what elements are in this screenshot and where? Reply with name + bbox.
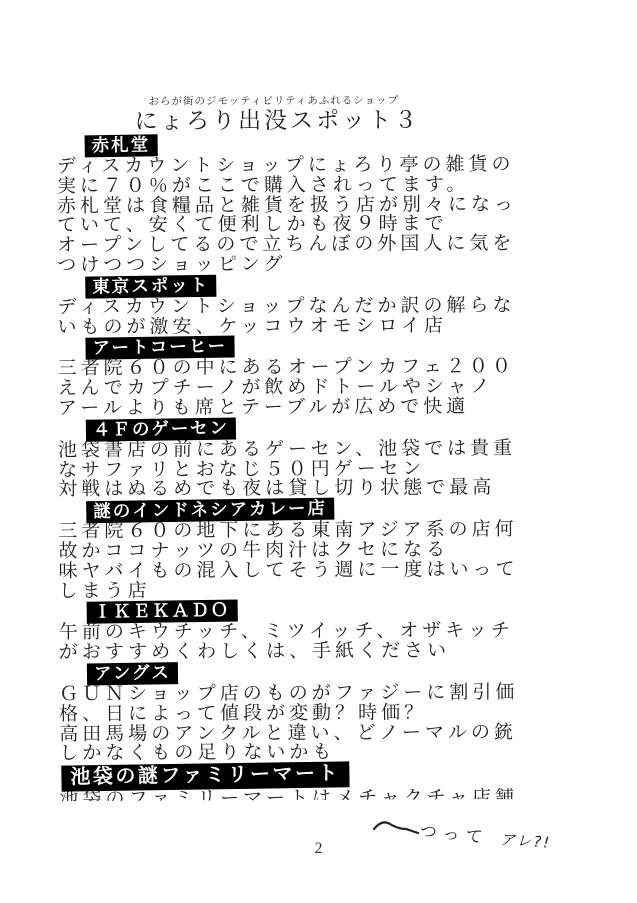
sections: 赤札堂 ディスカウントショップにょろり亭の雑貨の実に７０％がここで購入されってま…	[57, 133, 560, 801]
zine-section: ４Ｆのゲーセン 池袋書店の前にあるゲーセン、池袋では貴重なサファリとおなじ５０円…	[58, 417, 558, 501]
body-line: 対戦はぬるめでも夜は貸し切り状態で最高	[58, 478, 558, 500]
page-number: 2	[0, 840, 637, 858]
body-line: えんでカプチーノが飲めドトールやシャノ	[58, 377, 558, 399]
zine-section: 池袋の謎ファミリーマート 池袋のファミリーマートはメチャクチャ店舗	[59, 762, 559, 801]
zine-section: 赤札堂 ディスカウントショップにょろり亭の雑貨の実に７０％がここで購入されってま…	[57, 133, 558, 276]
section-header: アートコーヒー	[85, 336, 234, 360]
body-line: ディスカウントショップなんだか訳の解らな	[57, 296, 557, 318]
body-line: 池袋書店の前にあるゲーセン、池袋では貴重	[58, 439, 558, 461]
body-line: つけつつショッピング	[57, 254, 557, 276]
body-line: アールよりも席とテーブルが広めで快適	[58, 397, 558, 419]
handwritten-swoosh-icon	[372, 816, 424, 842]
section-body: 池袋書店の前にあるゲーセン、池袋では貴重なサファリとおなじ５０円ゲーセン対戦はぬ…	[58, 439, 558, 501]
section-header: 池袋の謎ファミリーマート	[61, 761, 349, 791]
section-body: ディスカウントショップにょろり亭の雑貨の実に７０％がここで購入されってます。赤札…	[57, 155, 558, 276]
body-line: しまう店	[59, 579, 559, 601]
page-title: にょろり出没スポット３	[135, 107, 557, 135]
section-header: 東京スポット	[85, 274, 216, 298]
zine-section: 東京スポット ディスカウントショップなんだか訳の解らないものが激安、ケッコウオモ…	[57, 274, 557, 338]
body-line: 午前のキウチッチ、ミツイッチ、オザキッチ	[59, 621, 559, 643]
body-line: 味ヤバイもの混入してそう週に一度はいって	[58, 560, 558, 582]
zine-section: アングス ＧＵＮショップ店のものがファジーに割引価格、日によって値段が変動？時価…	[59, 661, 559, 764]
body-line: いものが激安、ケッコウオモシロイ店	[57, 315, 557, 337]
zine-section: 謎のインドネシアカレー店 三者院６０の地下にある東南アジア系の店何故かココナッツ…	[58, 498, 558, 601]
section-header: 赤札堂	[85, 134, 158, 157]
page-content: おらが街のジモッティビリティあふれるショップ にょろり出没スポット３ 赤札堂 デ…	[56, 94, 559, 801]
section-body: 三者院６０の中にあるオープンカフェ２００えんでカプチーノが飲めドトールやシャノア…	[58, 357, 558, 419]
scanned-zine-page: おらが街のジモッティビリティあふれるショップ にょろり出没スポット３ 赤札堂 デ…	[0, 0, 637, 903]
zine-section: アートコーヒー 三者院６０の中にあるオープンカフェ２００えんでカプチーノが飲めド…	[58, 335, 558, 419]
section-header-row: 池袋の謎ファミリーマート	[59, 762, 559, 790]
body-line: ディスカウントショップにょろり亭の雑貨の	[57, 155, 557, 177]
body-line: ＧＵＮショップ店のものがファジーに割引価	[59, 683, 559, 705]
section-body: ディスカウントショップなんだか訳の解らないものが激安、ケッコウオモシロイ店	[57, 296, 557, 338]
section-header: アングス	[87, 662, 178, 685]
section-header: 謎のインドネシアカレー店	[86, 498, 334, 524]
body-line: 三者院６０の地下にある東南アジア系の店何	[58, 520, 558, 542]
section-header: ＩＫＥＫＡＤＯ	[87, 600, 238, 624]
section-body: 午前のキウチッチ、ミツイッチ、オザキッチがおすすめくわしくは、手紙ください	[59, 621, 559, 663]
body-line: がおすすめくわしくは、手紙ください	[59, 641, 559, 663]
zine-section: ＩＫＥＫＡＤＯ 午前のキウチッチ、ミツイッチ、オザキッチがおすすめくわしくは、手…	[59, 599, 559, 663]
section-header: ４Ｆのゲーセン	[86, 417, 236, 441]
section-body: ＧＵＮショップ店のものがファジーに割引価格、日によって値段が変動？時価？高田馬場…	[59, 683, 559, 764]
section-body: 三者院６０の地下にある東南アジア系の店何故かココナッツの牛肉汁はクセになる味ヤバ…	[58, 520, 558, 601]
body-line: オープンしてるので立ちんぼの外国人に気を	[57, 234, 557, 256]
section-header-row: ４Ｆのゲーセン	[58, 417, 558, 441]
